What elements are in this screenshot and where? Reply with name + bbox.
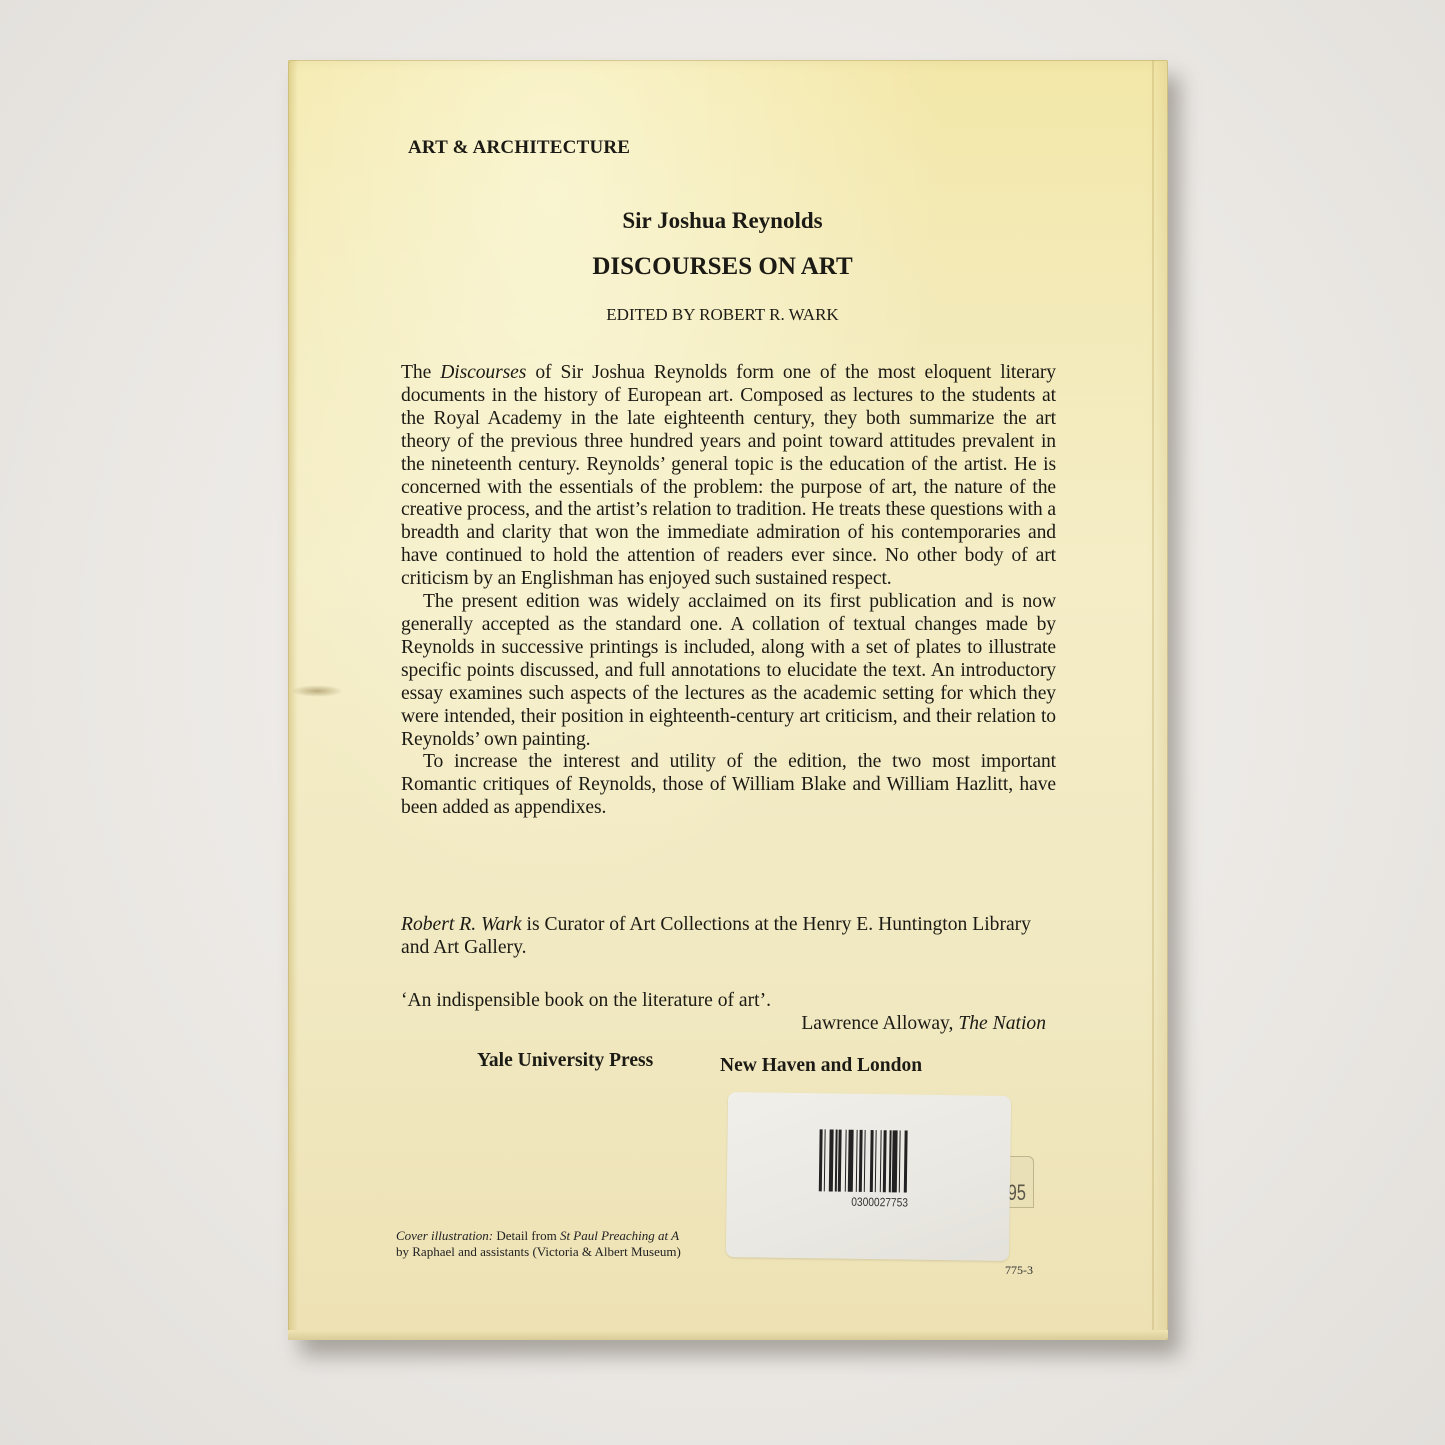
review-attribution: Lawrence Alloway, The Nation — [401, 1013, 1046, 1035]
category-label: ART & ARCHITECTURE — [408, 137, 630, 159]
credit-work-title: St Paul Preaching at A — [560, 1228, 679, 1243]
credit-line-2: by Raphael and assistants (Victoria & Al… — [396, 1244, 681, 1259]
p1-intro: The — [401, 362, 440, 383]
p1-rest: of Sir Joshua Reynolds form one of the m… — [401, 362, 1056, 589]
description-paragraph-3: To increase the interest and utility of … — [401, 751, 1056, 820]
isbn-fragment: 775-3 — [1005, 1263, 1033, 1278]
review-publication: The Nation — [958, 1013, 1046, 1034]
reviewer-name: Lawrence Alloway, — [801, 1013, 958, 1034]
cover-wear-mark — [291, 685, 343, 697]
book-title: DISCOURSES ON ART — [0, 253, 1445, 281]
publisher-name: Yale University Press — [477, 1050, 653, 1072]
book-bottom-edge — [288, 1330, 1168, 1340]
credit-label: Cover illustration: — [396, 1228, 493, 1243]
barcode-sticker: 0300027753 — [726, 1092, 1011, 1261]
editor-bio: Robert R. Wark is Curator of Art Collect… — [401, 914, 1056, 960]
cover-credit: Cover illustration: Detail from St Paul … — [396, 1228, 681, 1260]
description: The Discourses of Sir Joshua Reynolds fo… — [401, 362, 1056, 820]
credit-text: Detail from — [493, 1228, 560, 1243]
author-name: Sir Joshua Reynolds — [0, 208, 1445, 234]
editor-line: EDITED BY ROBERT R. WARK — [0, 305, 1445, 325]
barcode-icon — [819, 1129, 940, 1193]
publisher-place: New Haven and London — [720, 1055, 922, 1077]
bio-name: Robert R. Wark — [401, 914, 522, 935]
description-paragraph-1: The Discourses of Sir Joshua Reynolds fo… — [401, 362, 1056, 591]
review-quote: ‘An indispensible book on the literature… — [401, 990, 1056, 1013]
editor-text: EDITED BY ROBERT R. WARK — [606, 305, 838, 325]
description-paragraph-2: The present edition was widely acclaimed… — [401, 591, 1056, 751]
author-text: Sir Joshua Reynolds — [622, 208, 822, 234]
title-text: DISCOURSES ON ART — [592, 253, 852, 281]
p1-italic-title: Discourses — [440, 362, 526, 383]
barcode-number: 0300027753 — [826, 1194, 933, 1209]
